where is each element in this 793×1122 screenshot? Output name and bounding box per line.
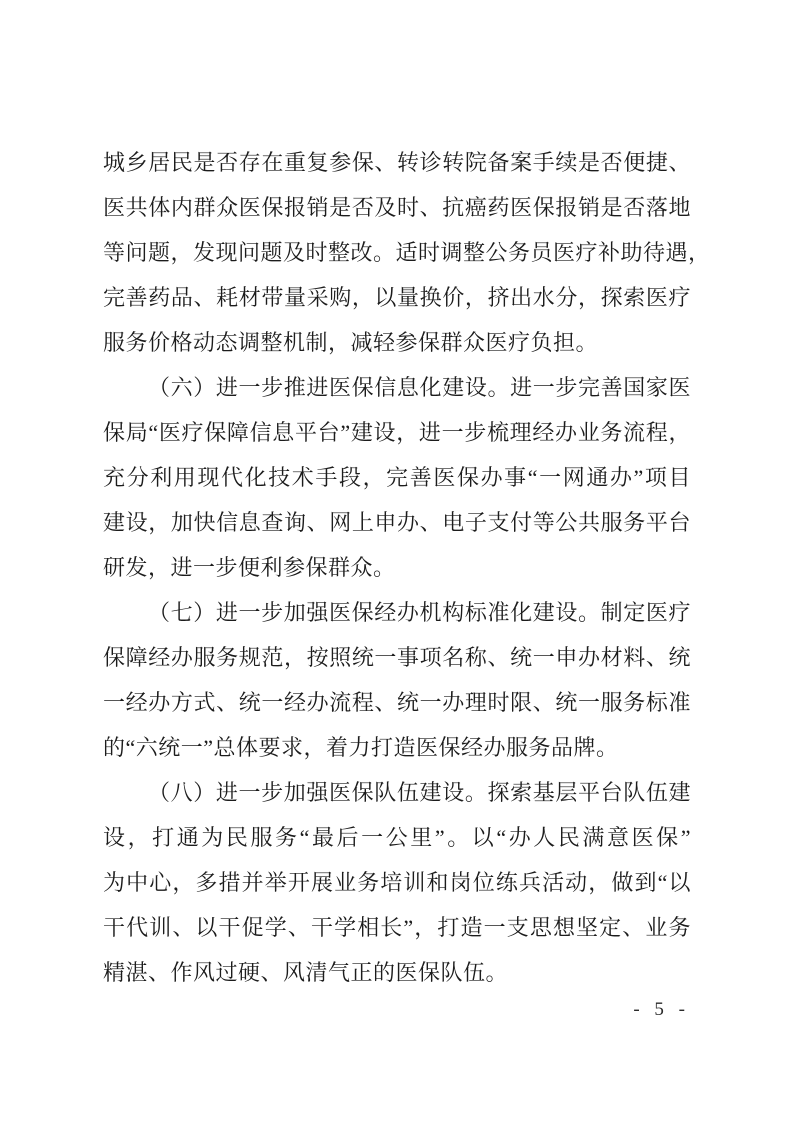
text-line: 医共体内群众医保报销是否及时、抗癌药医保报销是否落地 [103,185,691,230]
text-line: 城乡居民是否存在重复参保、转诊转院备案手续是否便捷、 [103,140,691,185]
text-line: 一经办方式、统一经办流程、统一办理时限、统一服务标准 [103,680,691,725]
text-line: 完善药品、耗材带量采购，以量换价，挤出水分，探索医疗 [103,275,691,320]
text-line: 干代训、以干促学、干学相长”，打造一支思想坚定、业务 [103,905,691,950]
text-line: 等问题，发现问题及时整改。适时调整公务员医疗补助待遇， [103,230,691,275]
text-line: 保局“医疗保障信息平台”建设，进一步梳理经办业务流程， [103,410,691,455]
text-line: 服务价格动态调整机制，减轻参保群众医疗负担。 [103,320,691,365]
text-line: 研发，进一步便利参保群众。 [103,545,691,590]
text-line: 精湛、作风过硬、风清气正的医保队伍。 [103,950,691,995]
text-line: （七）进一步加强医保经办机构标准化建设。制定医疗 [103,590,691,635]
document-page: 城乡居民是否存在重复参保、转诊转院备案手续是否便捷、 医共体内群众医保报销是否及… [0,0,793,1122]
text-line: 充分利用现代化技术手段，完善医保办事“一网通办”项目 [103,455,691,500]
text-line: （八）进一步加强医保队伍建设。探索基层平台队伍建 [103,770,691,815]
document-body: 城乡居民是否存在重复参保、转诊转院备案手续是否便捷、 医共体内群众医保报销是否及… [103,140,691,995]
page-number: - 5 - [633,998,690,1022]
text-line: 为中心，多措并举开展业务培训和岗位练兵活动，做到“以 [103,860,691,905]
text-line: 保障经办服务规范，按照统一事项名称、统一申办材料、统 [103,635,691,680]
text-line: 建设，加快信息查询、网上申办、电子支付等公共服务平台 [103,500,691,545]
text-line: （六）进一步推进医保信息化建设。进一步完善国家医 [103,365,691,410]
text-line: 设，打通为民服务“最后一公里”。以“办人民满意医保” [103,815,691,860]
text-line: 的“六统一”总体要求，着力打造医保经办服务品牌。 [103,725,691,770]
